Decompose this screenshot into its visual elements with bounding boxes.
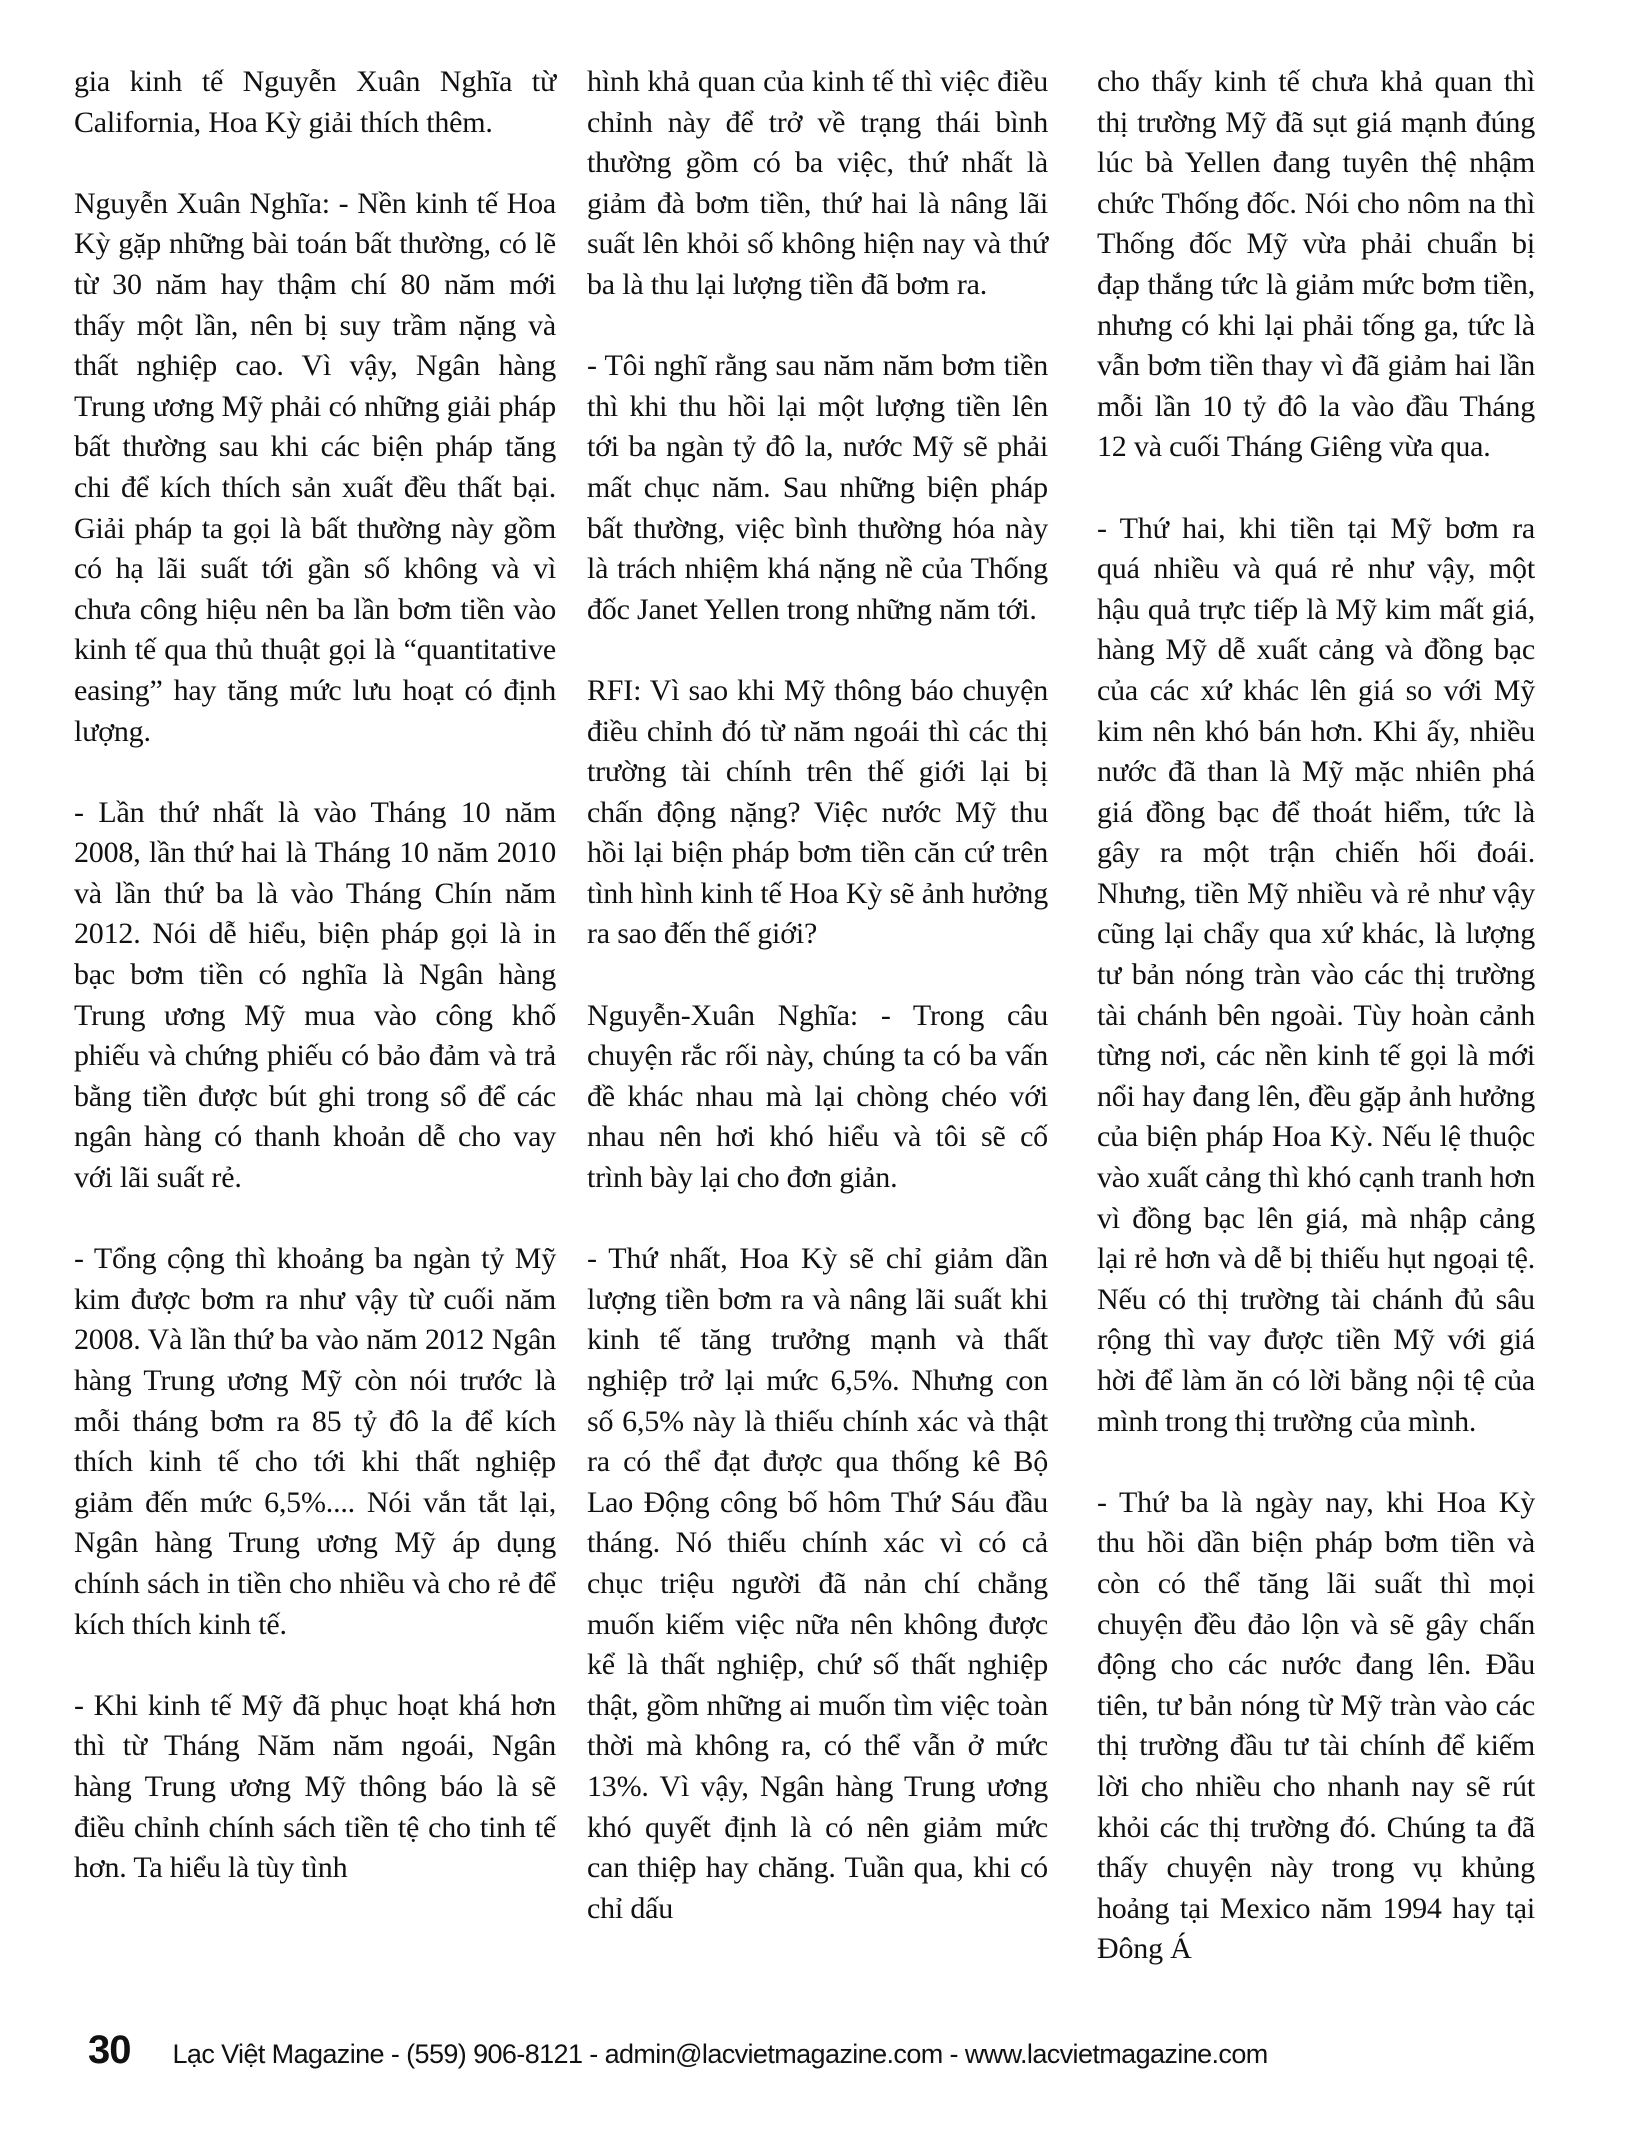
paragraph: - Thứ hai, khi tiền tại Mỹ bơm ra quá nh… (1097, 509, 1535, 1443)
magazine-page: gia kinh tế Nguyễn Xuân Nghĩa từ Califor… (0, 0, 1650, 2150)
paragraph: gia kinh tế Nguyễn Xuân Nghĩa từ Califor… (74, 62, 556, 143)
paragraph: hình khả quan của kinh tế thì việc điều … (587, 62, 1048, 306)
paragraph: - Tổng cộng thì khoảng ba ngàn tỷ Mỹ kim… (74, 1239, 556, 1645)
article-column-1: gia kinh tế Nguyễn Xuân Nghĩa từ Califor… (74, 62, 556, 1889)
paragraph: - Thứ ba là ngày nay, khi Hoa Kỳ thu hồi… (1097, 1483, 1535, 1970)
article-column-3: cho thấy kinh tế chưa khả quan thì thị t… (1097, 62, 1535, 1970)
paragraph: cho thấy kinh tế chưa khả quan thì thị t… (1097, 62, 1535, 468)
page-footer: 30 Lạc Việt Magazine - (559) 906-8121 - … (88, 2028, 1268, 2078)
paragraph: Nguyễn-Xuân Nghĩa: - Trong câu chuyện rắ… (587, 996, 1048, 1199)
footer-contact-text: Lạc Việt Magazine - (559) 906-8121 - adm… (173, 2039, 1268, 2070)
page-number: 30 (88, 2028, 131, 2073)
article-column-2: hình khả quan của kinh tế thì việc điều … (587, 62, 1048, 1929)
paragraph: - Lần thứ nhất là vào Tháng 10 năm 2008,… (74, 793, 556, 1199)
paragraph: Nguyễn Xuân Nghĩa: - Nền kinh tế Hoa Kỳ … (74, 184, 556, 752)
paragraph: - Tôi nghĩ rằng sau năm năm bơm tiền thì… (587, 346, 1048, 630)
paragraph: - Khi kinh tế Mỹ đã phục hoạt khá hơn th… (74, 1686, 556, 1889)
paragraph: - Thứ nhất, Hoa Kỳ sẽ chỉ giảm dần lượng… (587, 1239, 1048, 1929)
paragraph: RFI: Vì sao khi Mỹ thông báo chuyện điều… (587, 671, 1048, 955)
